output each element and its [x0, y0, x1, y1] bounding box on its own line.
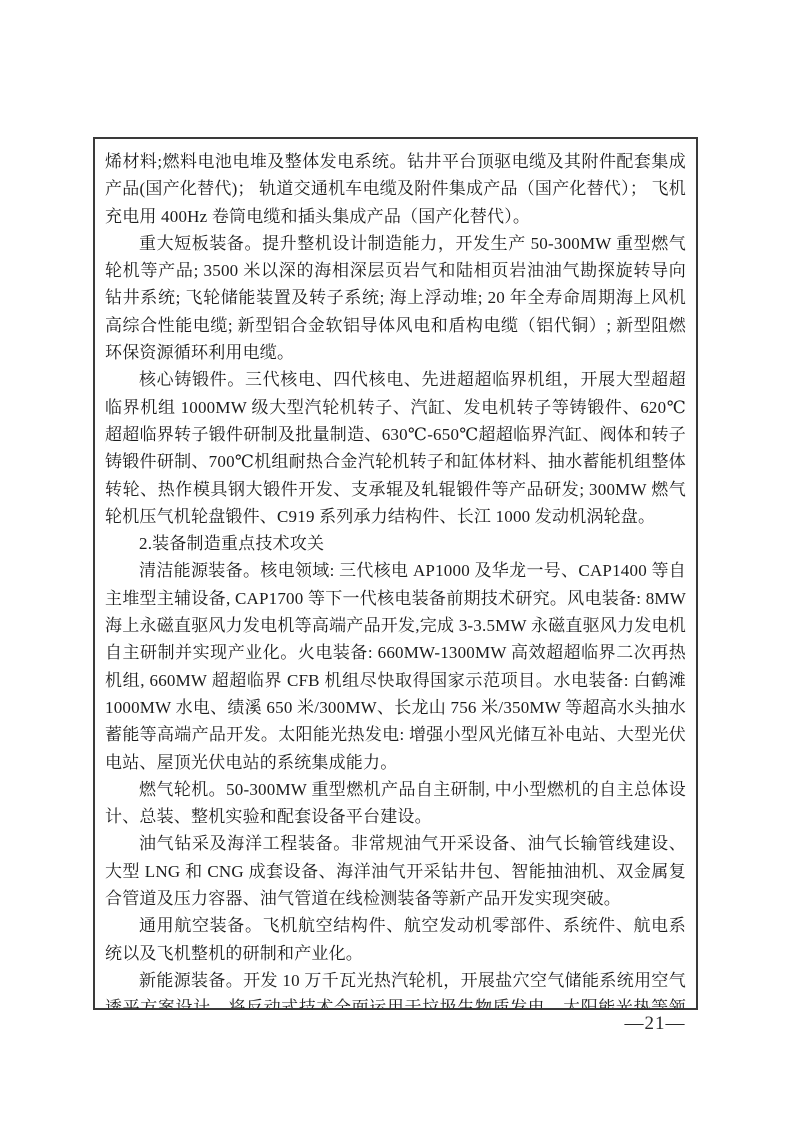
paragraph-clean-energy-equipment: 清洁能源装备。核电领域: 三代核电 AP1000 及华龙一号、CAP1400 等… [105, 557, 686, 775]
page-number: —21— [610, 1013, 700, 1035]
paragraph-gas-turbine: 燃气轮机。50-300MW 重型燃机产品自主研制, 中小型燃机的自主总体设计、总… [105, 776, 686, 831]
paragraph-new-energy-equipment: 新能源装备。开发 10 万千瓦光热汽轮机，开展盐穴空气储能系统用空气透平方案设计… [105, 967, 686, 1010]
paragraph-continuation: 烯材料;燃料电池电堆及整体发电系统。钻井平台顶驱电缆及其附件配套集成产品(国产化… [105, 148, 686, 230]
content-border-box: 烯材料;燃料电池电堆及整体发电系统。钻井平台顶驱电缆及其附件配套集成产品(国产化… [93, 137, 698, 1010]
paragraph-core-castings-forgings: 核心铸锻件。三代核电、四代核电、先进超超临界机组，开展大型超超临界机组 1000… [105, 366, 686, 530]
section-heading-equipment-key-tech: 2.装备制造重点技术攻关 [105, 530, 686, 557]
document-page: 烯材料;燃料电池电堆及整体发电系统。钻井平台顶驱电缆及其附件配套集成产品(国产化… [0, 0, 793, 1122]
paragraph-oil-gas-marine-engineering: 油气钻采及海洋工程装备。非常规油气开采设备、油气长输管线建设、大型 LNG 和 … [105, 830, 686, 912]
paragraph-general-aviation-equipment: 通用航空装备。飞机航空结构件、航空发动机零部件、系统件、航电系统以及飞机整机的研… [105, 912, 686, 967]
paragraph-major-shortboard-equipment: 重大短板装备。提升整机设计制造能力，开发生产 50-300MW 重型燃气轮机等产… [105, 230, 686, 366]
